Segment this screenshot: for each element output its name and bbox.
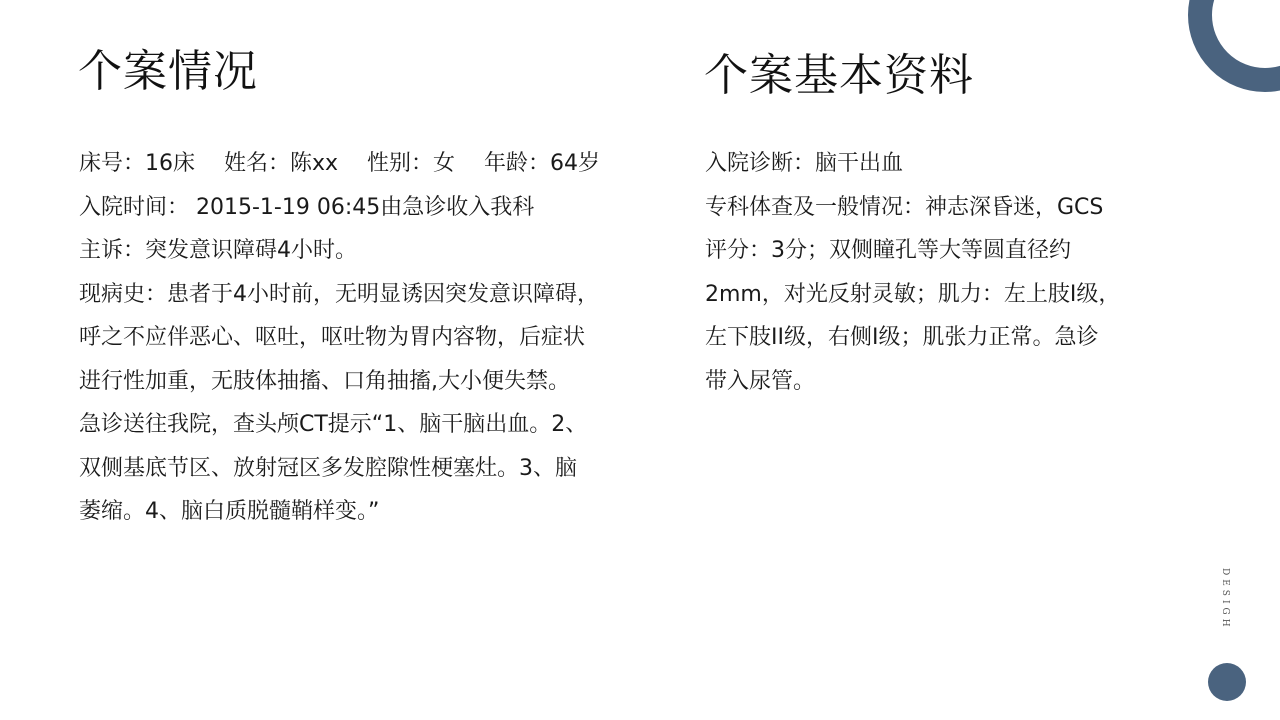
- bed-name-gender-age-line: 床号：16床 姓名：陈xx 性别：女 年龄：64岁: [79, 142, 659, 186]
- case-situation-title: 个案情况: [78, 46, 258, 98]
- present-illness-line: 进行性加重，无肢体抽搐、口角抽搐,大小便失禁。: [79, 360, 659, 404]
- exam-line: 2mm，对光反射灵敏；肌力：左上肢I级，: [705, 273, 1155, 317]
- decorative-dot: [1208, 663, 1246, 701]
- present-illness-line: 双侧基底节区、放射冠区多发腔隙性梗塞灶。3、脑: [79, 447, 659, 491]
- admission-time-line: 入院时间： 2015-1-19 06:45由急诊收入我科: [79, 186, 659, 230]
- chief-complaint-line: 主诉：突发意识障碍4小时。: [79, 229, 659, 273]
- exam-line: 专科体查及一般情况：神志深昏迷，GCS: [705, 186, 1155, 230]
- exam-line: 左下肢II级，右侧I级；肌张力正常。急诊: [705, 316, 1155, 360]
- exam-line: 评分：3分；双侧瞳孔等大等圆直径约: [705, 229, 1155, 273]
- vertical-design-text: DESIGH: [1220, 568, 1230, 631]
- case-situation-body: 床号：16床 姓名：陈xx 性别：女 年龄：64岁 入院时间： 2015-1-1…: [79, 142, 659, 534]
- case-basic-info-title: 个案基本资料: [704, 50, 974, 102]
- exam-line: 带入尿管。: [705, 360, 1155, 404]
- present-illness-line: 呼之不应伴恶心、呕吐，呕吐物为胃内容物，后症状: [79, 316, 659, 360]
- present-illness-line: 急诊送往我院，查头颅CT提示“1、脑干脑出血。2、: [79, 403, 659, 447]
- present-illness-line: 萎缩。4、脑白质脱髓鞘样变。”: [79, 490, 659, 534]
- admission-diagnosis-line: 入院诊断：脑干出血: [705, 142, 1155, 186]
- case-basic-info-body: 入院诊断：脑干出血 专科体查及一般情况：神志深昏迷，GCS 评分：3分；双侧瞳孔…: [705, 142, 1155, 403]
- present-illness-line: 现病史：患者于4小时前，无明显诱因突发意识障碍，: [79, 273, 659, 317]
- decorative-ring: [1188, 0, 1280, 92]
